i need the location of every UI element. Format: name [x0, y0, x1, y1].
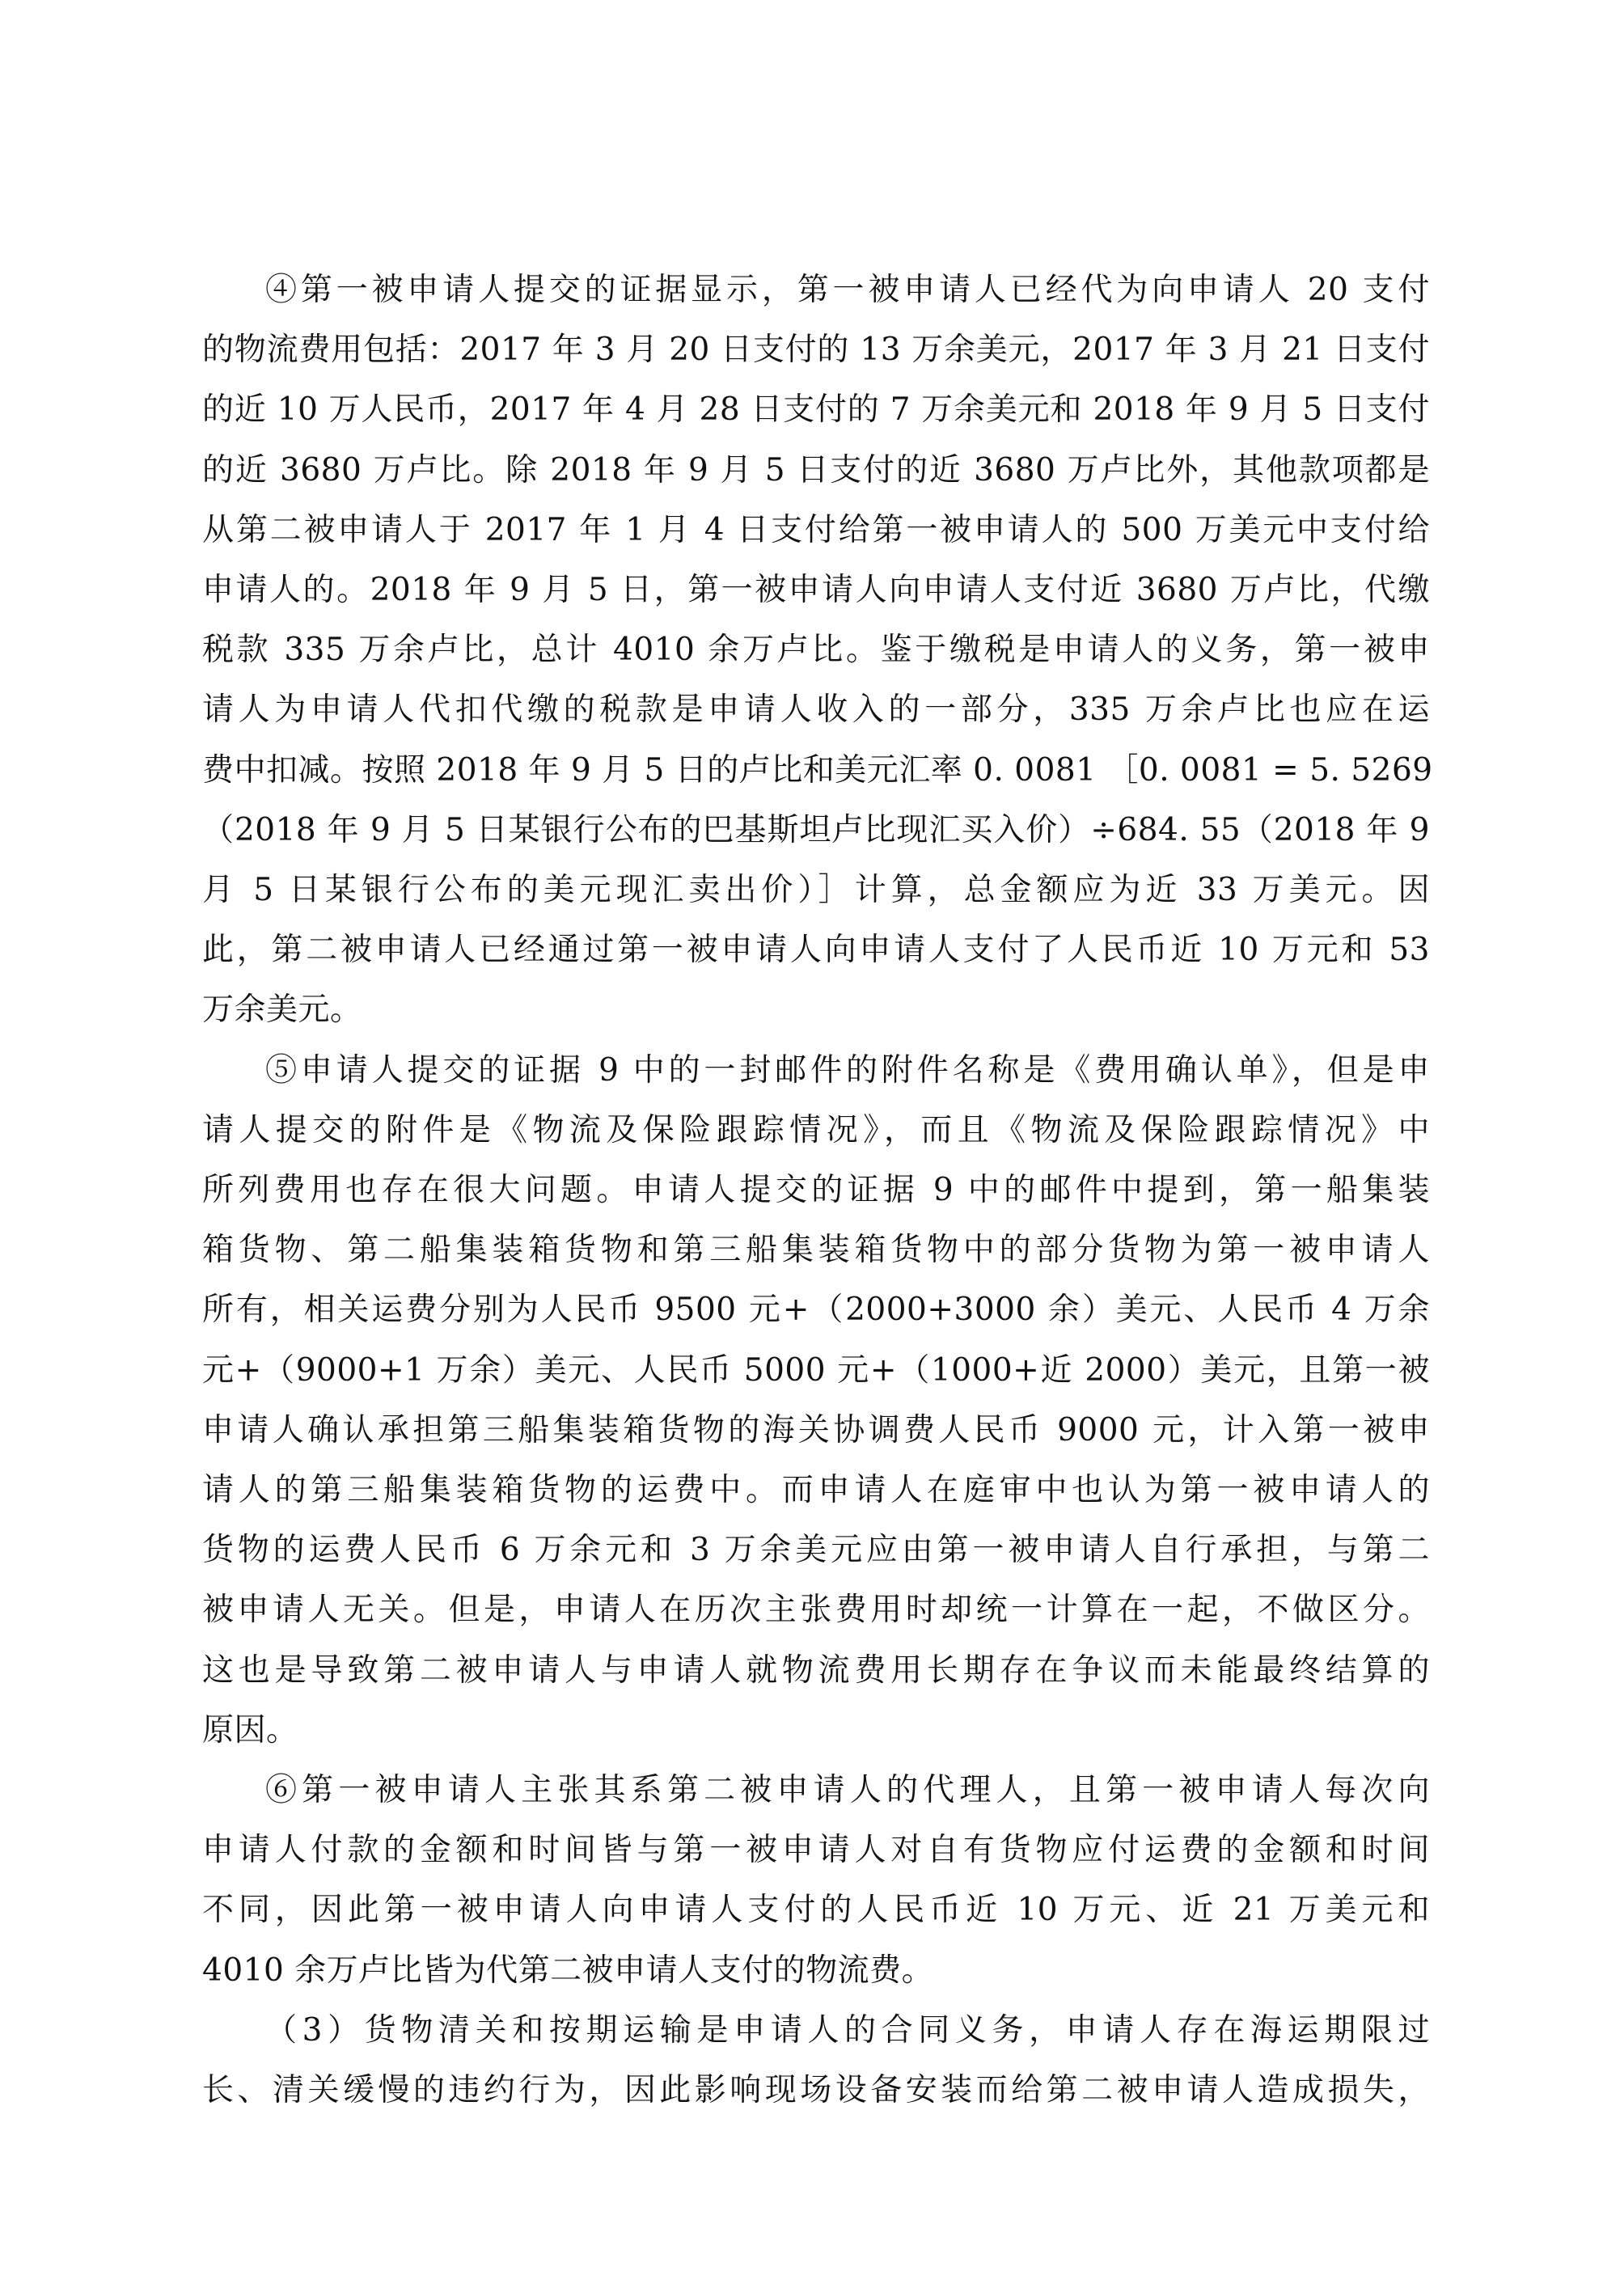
text-line: 所列费用也存在很大问题。申请人提交的证据 9 中的邮件中提到，第一船集装 — [202, 1161, 1430, 1220]
text-line: 货物的运费人民币 6 万余元和 3 万余美元应由第一被申请人自行承担，与第二 — [202, 1520, 1430, 1580]
text-line: 原因。 — [202, 1701, 1430, 1761]
text-line: 申请人确认承担第三船集装箱货物的海关协调费人民币 9000 元，计入第一被申 — [202, 1401, 1430, 1461]
text-line: （3）货物清关和按期运输是申请人的合同义务，申请人存在海运期限过 — [202, 2001, 1430, 2061]
text-line: 4010 余万卢比皆为代第二被申请人支付的物流费。 — [202, 1941, 1430, 2001]
text-line: 从第二被申请人于 2017 年 1 月 4 日支付给第一被申请人的 500 万美… — [202, 501, 1430, 560]
text-line: 此，第二被申请人已经通过第一被申请人向申请人支付了人民币近 10 万元和 53 — [202, 920, 1430, 980]
text-line: 请人为申请人代扣代缴的税款是申请人收入的一部分，335 万余卢比也应在运 — [202, 680, 1430, 740]
text-line: 的近 3680 万卢比。除 2018 年 9 月 5 日支付的近 3680 万卢… — [202, 441, 1430, 501]
text-line: 箱货物、第二船集装箱货物和第三船集装箱货物中的部分货物为第一被申请人 — [202, 1220, 1430, 1280]
text-line: 的物流费用包括：2017 年 3 月 20 日支付的 13 万余美元，2017 … — [202, 320, 1430, 380]
text-line: 不同，因此第一被申请人向申请人支付的人民币近 10 万元、近 21 万美元和 — [202, 1880, 1430, 1940]
text-line: 请人提交的附件是《物流及保险跟踪情况》，而且《物流及保险跟踪情况》中 — [202, 1101, 1430, 1161]
text-line: ⑥第一被申请人主张其系第二被申请人的代理人，且第一被申请人每次向 — [202, 1761, 1430, 1820]
text-line: 请人的第三船集装箱货物的运费中。而申请人在庭审中也认为第一被申请人的 — [202, 1461, 1430, 1520]
text-line: 月 5 日某银行公布的美元现汇卖出价）］计算，总金额应为近 33 万美元。因 — [202, 861, 1430, 920]
text-line: 所有，相关运费分别为人民币 9500 元+（2000+3000 余）美元、人民币… — [202, 1280, 1430, 1340]
text-line: 的近 10 万人民币，2017 年 4 月 28 日支付的 7 万余美元和 20… — [202, 380, 1430, 440]
text-line: ⑤申请人提交的证据 9 中的一封邮件的附件名称是《费用确认单》，但是申 — [202, 1041, 1430, 1101]
text-line: （2018 年 9 月 5 日某银行公布的巴基斯坦卢比现汇买入价）÷684. 5… — [202, 801, 1430, 861]
text-line: 被申请人无关。但是，申请人在历次主张费用时却统一计算在一起，不做区分。 — [202, 1580, 1430, 1640]
paragraph-section-3: （3）货物清关和按期运输是申请人的合同义务，申请人存在海运期限过 长、清关缓慢的… — [202, 2001, 1430, 2121]
text-line: 万余美元。 — [202, 980, 1430, 1040]
text-line: 元+（9000+1 万余）美元、人民币 5000 元+（1000+近 2000）… — [202, 1341, 1430, 1401]
paragraph-item-4: ④第一被申请人提交的证据显示，第一被申请人已经代为向申请人 20 支付 的物流费… — [202, 260, 1430, 1041]
text-line: ④第一被申请人提交的证据显示，第一被申请人已经代为向申请人 20 支付 — [202, 260, 1430, 320]
text-line: 长、清关缓慢的违约行为，因此影响现场设备安装而给第二被申请人造成损失， — [202, 2061, 1430, 2121]
text-line: 税款 335 万余卢比，总计 4010 余万卢比。鉴于缴税是申请人的义务，第一被… — [202, 620, 1430, 680]
paragraph-item-5: ⑤申请人提交的证据 9 中的一封邮件的附件名称是《费用确认单》，但是申 请人提交… — [202, 1041, 1430, 1761]
text-line: 申请人付款的金额和时间皆与第一被申请人对自有货物应付运费的金额和时间 — [202, 1820, 1430, 1880]
text-line: 申请人的。2018 年 9 月 5 日，第一被申请人向申请人支付近 3680 万… — [202, 560, 1430, 620]
paragraph-item-6: ⑥第一被申请人主张其系第二被申请人的代理人，且第一被申请人每次向 申请人付款的金… — [202, 1761, 1430, 2001]
document-page: ④第一被申请人提交的证据显示，第一被申请人已经代为向申请人 20 支付 的物流费… — [202, 260, 1430, 2121]
text-line: 费中扣减。按照 2018 年 9 月 5 日的卢比和美元汇率 0. 0081 ［… — [202, 741, 1430, 801]
text-line: 这也是导致第二被申请人与申请人就物流费用长期存在争议而未能最终结算的 — [202, 1641, 1430, 1701]
